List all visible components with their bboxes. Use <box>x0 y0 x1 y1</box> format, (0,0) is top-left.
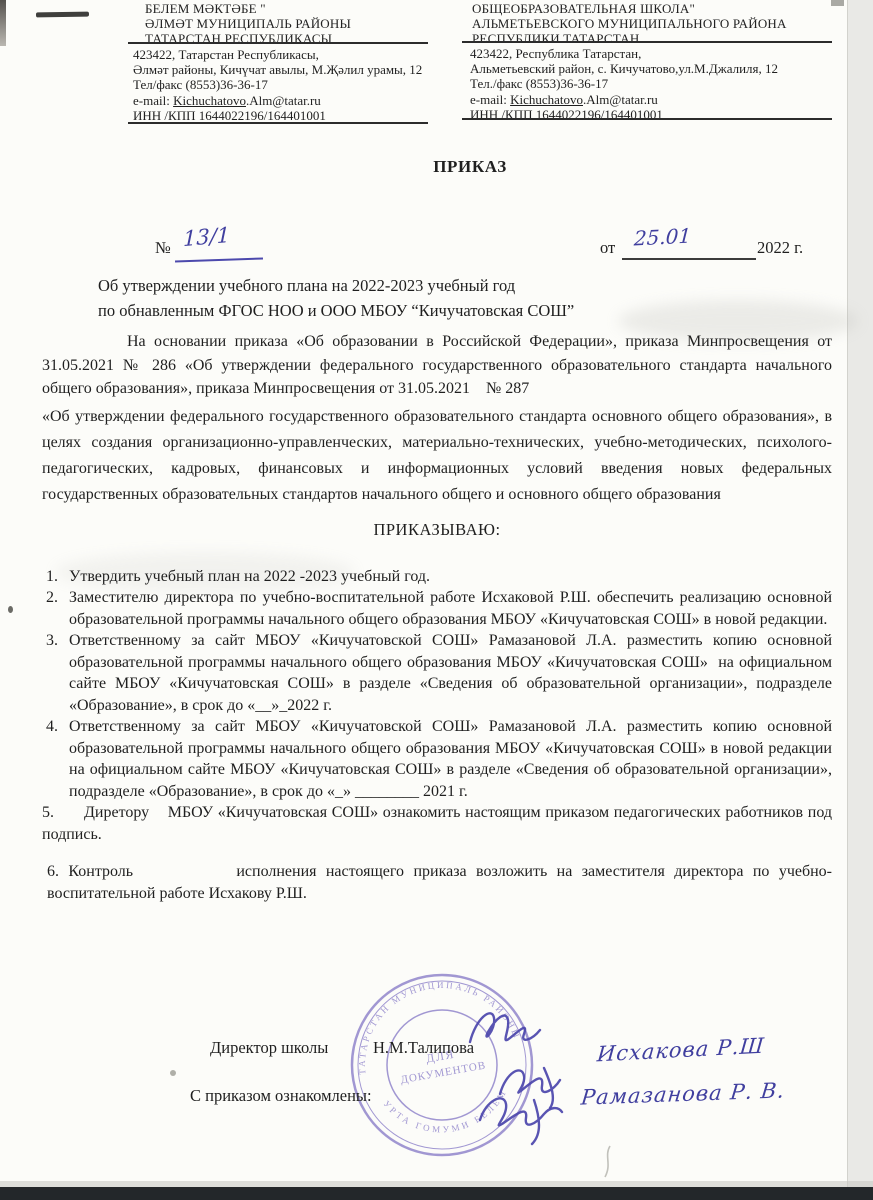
order-date-underline <box>622 258 756 260</box>
staple-mark <box>36 12 89 18</box>
stray-pen-mark <box>600 1144 616 1180</box>
order-number-label: № <box>155 238 171 258</box>
order-item-2: 2.Заместителю директора по учебно-воспит… <box>42 587 832 630</box>
email-link: Kichuchatovo <box>510 92 583 107</box>
item-text: Ответственному за сайт МБОУ «Кичучатовск… <box>69 718 832 800</box>
acknowledged-name-handwritten-1: Исхакова Р.Ш <box>596 1034 766 1067</box>
item-number: 4. <box>46 716 58 738</box>
letterhead-left-line: ӘЛМӘТ МУНИЦИПАЛЬ РАЙОНЫ <box>145 16 445 31</box>
preamble-paragraph-1: На основании приказа «Об образовании в Р… <box>42 330 832 401</box>
email-prefix: e-mail: <box>470 92 510 107</box>
letterhead-right-name: ОБЩЕОБРАЗОВАТЕЛЬНАЯ ШКОЛА" АЛЬМЕТЬЕВСКОГ… <box>472 1 844 46</box>
order-body: На основании приказа «Об образовании в Р… <box>42 330 832 905</box>
document-title: ПРИКАЗ <box>100 157 840 177</box>
director-signature <box>462 1000 557 1060</box>
item-number: 3. <box>46 630 58 652</box>
letterhead-left-line: БЕЛЕМ МӘКТӘБЕ " <box>145 1 445 16</box>
acknowledged-name-handwritten-2: Рамазанова Р. В. <box>580 1078 786 1109</box>
stamp-center-text-2: ДОКУМЕНТОВ <box>400 1059 487 1086</box>
item-text: Ответственному за сайт МБОУ «Кичучатовск… <box>69 632 832 714</box>
acknowledged-signature-2 <box>470 1090 585 1150</box>
letterhead-left-address: 423422, Татарстан Республикасы, Әлмәт ра… <box>133 47 453 123</box>
order-date-handwritten: 25.01 <box>633 223 691 250</box>
email-link: Kichuchatovo <box>173 93 246 108</box>
address-line: Альметьевский район, с. Кичучатово,ул.М.… <box>470 61 840 76</box>
letterhead-right-address: 423422, Республика Татарстан, Альметьевс… <box>470 46 840 122</box>
preamble-paragraph-2: «Об утверждении федерального государстве… <box>42 404 832 508</box>
divider-line <box>128 42 428 44</box>
order-item-5: 5.Диретору МБОУ «Кичучатовская СОШ» озна… <box>42 802 832 845</box>
address-line: Тел./факс (8553)36-36-17 <box>470 76 840 91</box>
item-text: Утвердить учебный план на 2022 -2023 уче… <box>69 568 430 585</box>
divider-line <box>462 118 832 120</box>
email-line: e-mail: Kichuchatovo.Alm@tatar.ru <box>470 92 840 107</box>
order-number-handwritten: 13/1 <box>183 223 230 251</box>
ink-dot <box>170 1070 176 1076</box>
subject-line-2: по обнавленным ФГОС НОО и ООО МБОУ “Кичу… <box>98 298 798 323</box>
order-date-label: от <box>600 238 615 258</box>
divider-line <box>462 41 832 43</box>
item-number: 2. <box>46 587 58 609</box>
scan-edge-left <box>0 0 6 46</box>
scanned-order-document: БЕЛЕМ МӘКТӘБЕ " ӘЛМӘТ МУНИЦИПАЛЬ РАЙОНЫ … <box>0 0 873 1200</box>
address-line: Тел/факс (8553)36-36-17 <box>133 77 453 92</box>
order-item-6: 6. Контроль исполнения настоящего приказ… <box>47 861 832 905</box>
letterhead-right-line: ОБЩЕОБРАЗОВАТЕЛЬНАЯ ШКОЛА" <box>472 1 844 16</box>
ink-dot <box>8 606 13 613</box>
director-name: Н.М.Талипова <box>373 1038 474 1058</box>
acknowledged-label: С приказом ознакомлены: <box>190 1086 372 1106</box>
email-suffix: .Alm@tatar.ru <box>583 92 658 107</box>
item-number: 5. <box>42 804 54 821</box>
item-text: Заместителю директора по учебно-воспитат… <box>69 589 832 628</box>
director-label: Директор школы <box>210 1038 328 1058</box>
divider-line <box>128 122 428 124</box>
order-subject: Об утверждении учебного плана на 2022-20… <box>98 273 798 323</box>
order-items-list: 1.Утвердить учебный план на 2022 -2023 у… <box>42 566 832 906</box>
order-number-underline <box>175 257 263 262</box>
inn-kpp-line: ИНН /КПП 1644022196/164401001 <box>133 108 453 123</box>
order-year-label: 2022 г. <box>757 238 803 258</box>
scan-edge-right <box>847 0 873 1200</box>
email-suffix: .Alm@tatar.ru <box>246 93 321 108</box>
order-item-3: 3.Ответственному за сайт МБОУ «Кичучатов… <box>42 630 832 716</box>
address-line: Әлмәт районы, Кичүчат авылы, М.Җәлил ура… <box>133 62 453 77</box>
resolution-heading: ПРИКАЗЫВАЮ: <box>42 520 832 540</box>
address-line: 423422, Республика Татарстан, <box>470 46 840 61</box>
item-number: 1. <box>46 566 58 588</box>
letterhead-left-name: БЕЛЕМ МӘКТӘБЕ " ӘЛМӘТ МУНИЦИПАЛЬ РАЙОНЫ … <box>145 1 445 46</box>
order-item-1: 1.Утвердить учебный план на 2022 -2023 у… <box>42 566 832 588</box>
letterhead-right-line: РЕСПУБЛИКИ ТАТАРСТАН <box>472 31 844 46</box>
email-prefix: e-mail: <box>133 93 173 108</box>
scan-bottom-edge <box>0 1187 873 1200</box>
order-item-4: 4.Ответственному за сайт МБОУ «Кичучатов… <box>42 716 832 802</box>
letterhead-right-line: АЛЬМЕТЬЕВСКОГО МУНИЦИПАЛЬНОГО РАЙОНА <box>472 16 844 31</box>
address-line: 423422, Татарстан Республикасы, <box>133 47 453 62</box>
subject-line-1: Об утверждении учебного плана на 2022-20… <box>98 273 798 298</box>
item-text: Диретору МБОУ «Кичучатовская СОШ» ознако… <box>42 804 832 843</box>
email-line: e-mail: Kichuchatovo.Alm@tatar.ru <box>133 93 453 108</box>
